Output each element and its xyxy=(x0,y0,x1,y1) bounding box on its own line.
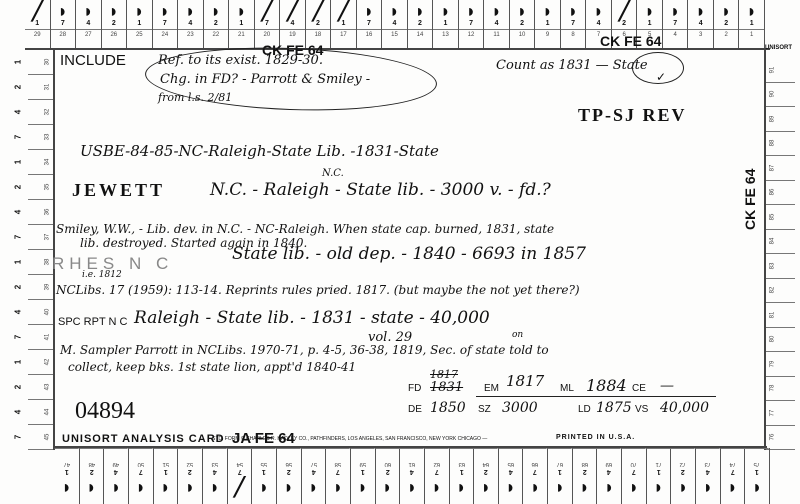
punch-cell-87: 787 xyxy=(765,156,795,181)
field-de-value: 1850 xyxy=(430,400,466,416)
punch-cell-56: ◗256 xyxy=(277,448,302,504)
field-em-label: EM xyxy=(484,383,499,394)
punch-cell-66: ◗766 xyxy=(523,448,548,504)
punch-code: 7 xyxy=(14,235,23,239)
punch-code: 7 xyxy=(14,435,23,439)
punch-cell-37: 737 xyxy=(28,225,53,250)
right-punch-strip: 7914902891887874862851847834822811807794… xyxy=(765,58,795,450)
punch-number: 79 xyxy=(769,360,775,367)
hole-icon: ◗ xyxy=(283,478,294,496)
punch-number: 66 xyxy=(523,448,547,467)
punch-code: 1 xyxy=(351,468,375,475)
punch-code: 4 xyxy=(400,468,424,475)
hole-icon: ◗ xyxy=(407,478,418,496)
hole-icon: ◗ xyxy=(111,478,122,496)
punch-number: 45 xyxy=(45,434,51,441)
left-border xyxy=(53,50,55,450)
punch-cell-49: ◗449 xyxy=(104,448,129,504)
punch-cell-78: 478 xyxy=(765,377,795,402)
punch-cell-79: 779 xyxy=(765,352,795,377)
punch-number: 54 xyxy=(228,448,252,467)
hole-icon: ◗ xyxy=(86,478,97,496)
hole-icon: ◗ xyxy=(135,478,146,496)
punch-code: 4 xyxy=(14,410,23,414)
punch-number: 38 xyxy=(45,259,51,266)
punch-number: 52 xyxy=(178,448,202,467)
punch-number: 48 xyxy=(80,448,104,467)
punch-code: 4 xyxy=(499,468,523,475)
notch-icon: ╱ xyxy=(287,2,298,20)
punch-number: 56 xyxy=(277,448,301,467)
field-ml-value: 1884 xyxy=(586,376,627,395)
smiley-line-1: Smiley, W.W., - Lib. dev. in N.C. - NC-R… xyxy=(56,222,554,236)
hole-icon: ◗ xyxy=(542,2,553,20)
hole-icon: ◗ xyxy=(440,2,451,20)
punch-code: 7 xyxy=(153,20,178,27)
punch-cell-90: 490 xyxy=(765,83,795,108)
punch-number: 83 xyxy=(769,262,775,269)
punch-cell-2: ◗22 xyxy=(714,0,740,50)
punch-number: 53 xyxy=(203,448,227,467)
punch-number: 69 xyxy=(597,448,621,467)
maker-line: STD. FORM © CHARLES R. HADLEY CO., PATHF… xyxy=(212,436,502,442)
punch-code: 2 xyxy=(306,20,331,27)
field-ld-value: 1875 xyxy=(596,400,632,416)
punch-cell-8: ◗78 xyxy=(561,0,587,50)
hole-icon: ◗ xyxy=(727,478,738,496)
punch-code: 7 xyxy=(14,335,23,339)
punch-code: 7 xyxy=(51,20,76,27)
hole-icon: ◗ xyxy=(517,2,528,20)
punch-cell-11: ◗411 xyxy=(484,0,510,50)
punch-number: 31 xyxy=(45,84,51,91)
field-ce-value: — xyxy=(660,378,674,394)
ncl-line: NCLibs. 17 (1959): 113-14. Reprints rule… xyxy=(56,283,580,297)
punch-cell-42: 142 xyxy=(28,350,53,375)
punch-cell-83: 783 xyxy=(765,254,795,279)
punch-code: 1 xyxy=(331,20,356,27)
punch-cell-40: 440 xyxy=(28,300,53,325)
punch-code: 7 xyxy=(326,468,350,475)
punch-number: 49 xyxy=(104,448,128,467)
punch-cell-25: ◗125 xyxy=(127,0,153,50)
jewett-line: N.C. - Raleigh - State lib. - 3000 v. - … xyxy=(210,180,551,200)
punch-number: 58 xyxy=(326,448,350,467)
hole-icon: ◗ xyxy=(236,2,247,20)
punch-cell-53: ◗453 xyxy=(203,448,228,504)
sampler-line-1: M. Sampler Parrott in NCLibs. 1970-71, p… xyxy=(60,343,549,357)
punch-code: 2 xyxy=(376,468,400,475)
punch-cell-50: ◗750 xyxy=(129,448,154,504)
punch-code: 7 xyxy=(561,20,586,27)
hole-icon: ◗ xyxy=(530,478,541,496)
punch-number: 64 xyxy=(474,448,498,467)
punch-number: 70 xyxy=(622,448,646,467)
punch-number: 81 xyxy=(769,311,775,318)
jewett-label: JEWETT xyxy=(72,180,165,201)
punch-cell-70: ◗770 xyxy=(622,448,647,504)
unisort-brand: UNISORT xyxy=(765,45,792,51)
punch-number: 88 xyxy=(769,140,775,147)
notch-icon: ╱ xyxy=(234,478,245,496)
punch-code: 2 xyxy=(474,468,498,475)
punch-number: 76 xyxy=(769,434,775,441)
punch-code: 7 xyxy=(523,468,547,475)
hole-icon: ◗ xyxy=(505,478,516,496)
hole-icon: ◗ xyxy=(604,478,615,496)
punch-number: 82 xyxy=(769,287,775,294)
notch-icon: ╱ xyxy=(261,2,272,20)
hole-icon: ◗ xyxy=(134,2,145,20)
punch-number: 41 xyxy=(45,334,51,341)
hole-icon: ◗ xyxy=(357,478,368,496)
punch-cell-4: ◗74 xyxy=(663,0,689,50)
field-ce-label: CE xyxy=(632,383,646,394)
punch-code: 2 xyxy=(80,468,104,475)
punch-cell-64: ◗264 xyxy=(474,448,499,504)
left-punch-strip: 1302314327331342354367371382394407411422… xyxy=(28,50,53,450)
punch-number: 50 xyxy=(129,448,153,467)
punch-cell-51: ◗151 xyxy=(154,448,179,504)
hole-icon: ◗ xyxy=(389,2,400,20)
hole-icon: ◗ xyxy=(108,2,119,20)
punch-cell-81: 281 xyxy=(765,303,795,328)
usbe-line: USBE-84-85-NC-Raleigh-State Lib. -1831-S… xyxy=(80,142,439,160)
punch-code: 4 xyxy=(14,310,23,314)
sampler-superscript: on xyxy=(512,330,523,340)
punch-cell-39: 239 xyxy=(28,275,53,300)
hole-icon: ◗ xyxy=(568,2,579,20)
punch-cell-71: ◗171 xyxy=(647,448,672,504)
punch-cell-45: 745 xyxy=(28,425,53,450)
boxed-note-line-2: Chg. in FD? - Parrott & Smiley - xyxy=(160,72,370,87)
check-mark-icon: ✓ xyxy=(656,70,666,84)
punch-number: 33 xyxy=(45,134,51,141)
punch-number: 65 xyxy=(499,448,523,467)
field-vs-label: VS xyxy=(635,404,648,415)
rhes-line: State lib. - old dep. - 1840 - 6693 in 1… xyxy=(232,244,586,264)
punch-cell-80: 180 xyxy=(765,328,795,353)
punch-cell-59: ◗159 xyxy=(351,448,376,504)
punch-number: 91 xyxy=(769,66,775,73)
punch-code: 2 xyxy=(612,20,637,27)
punch-code: 1 xyxy=(739,20,764,27)
punch-code: 1 xyxy=(14,260,23,264)
hole-icon: ◗ xyxy=(491,2,502,20)
punch-cell-16: ◗716 xyxy=(357,0,383,50)
punch-code: 4 xyxy=(104,468,128,475)
hole-icon: ◗ xyxy=(210,2,221,20)
punch-code: 1 xyxy=(433,20,458,27)
field-ml-label: ML xyxy=(560,383,574,394)
punch-code: 1 xyxy=(154,468,178,475)
punch-cell-62: ◗762 xyxy=(425,448,450,504)
punch-number: 60 xyxy=(376,448,400,467)
punch-code: 4 xyxy=(382,20,407,27)
punch-cell-24: ◗724 xyxy=(153,0,179,50)
punch-cell-21: ◗121 xyxy=(229,0,255,50)
punch-number: 40 xyxy=(45,309,51,316)
punch-cell-82: 482 xyxy=(765,279,795,304)
hole-icon: ◗ xyxy=(57,2,68,20)
card-type-label: UNISORT ANALYSIS CARD xyxy=(62,433,225,445)
punch-number: 44 xyxy=(45,409,51,416)
punch-cell-43: 243 xyxy=(28,375,53,400)
punch-number: 74 xyxy=(721,448,745,467)
field-ld-label: LD xyxy=(578,404,591,415)
count-note: Count as 1831 — State xyxy=(496,58,648,73)
hole-icon: ◗ xyxy=(431,478,442,496)
hole-icon: ◗ xyxy=(466,2,477,20)
punch-cell-26: ◗226 xyxy=(102,0,128,50)
punch-number: 30 xyxy=(45,59,51,66)
punch-code: 4 xyxy=(14,110,23,114)
punch-number: 37 xyxy=(45,234,51,241)
punch-cell-91: 791 xyxy=(765,58,795,83)
ncl-superscript: i.e. 1812 xyxy=(82,270,122,280)
notch-icon: ╱ xyxy=(313,2,324,20)
punch-code: 2 xyxy=(671,468,695,475)
punch-cell-68: ◗268 xyxy=(573,448,598,504)
hole-icon: ◗ xyxy=(209,478,220,496)
punch-code: 1 xyxy=(229,20,254,27)
punch-code: 4 xyxy=(280,20,305,27)
punch-cell-44: 444 xyxy=(28,400,53,425)
punch-number: 86 xyxy=(769,189,775,196)
field-sz-label: SZ xyxy=(478,404,491,415)
field-em-value: 1817 xyxy=(506,372,544,390)
punch-cell-32: 432 xyxy=(28,100,53,125)
punch-cell-13: ◗113 xyxy=(433,0,459,50)
punch-cell-30: 130 xyxy=(28,50,53,75)
hole-icon: ◗ xyxy=(415,2,426,20)
punch-number: 36 xyxy=(45,209,51,216)
punch-number: 35 xyxy=(45,184,51,191)
hole-icon: ◗ xyxy=(364,2,375,20)
punch-code: 2 xyxy=(14,85,23,89)
punch-code: 7 xyxy=(721,468,745,475)
punch-number: 34 xyxy=(45,159,51,166)
punch-number: 72 xyxy=(671,448,695,467)
stamp-ck-top-right: CK FE 64 xyxy=(600,33,661,49)
punch-cell-33: 733 xyxy=(28,125,53,150)
notch-icon: ╱ xyxy=(338,2,349,20)
boxed-note-line-3: from l.s. 2/81 xyxy=(158,91,232,104)
hole-icon: ◗ xyxy=(185,2,196,20)
punch-code: 7 xyxy=(228,468,252,475)
hole-icon: ◗ xyxy=(185,478,196,496)
hole-icon: ◗ xyxy=(746,2,757,20)
punch-code: 2 xyxy=(14,185,23,189)
bottom-punch-strip: ◗147◗248◗449◗750◗151◗252◗453╱754◗155◗256… xyxy=(55,448,770,504)
punch-code: 4 xyxy=(696,468,720,475)
punch-number: 42 xyxy=(45,359,51,366)
punch-code: 1 xyxy=(450,468,474,475)
punch-number: 87 xyxy=(769,164,775,171)
stamp-ck-vertical: CK FE 64 xyxy=(742,169,758,230)
punch-cell-77: 277 xyxy=(765,401,795,426)
include-label: INCLUDE xyxy=(60,52,126,69)
punch-cell-63: ◗163 xyxy=(450,448,475,504)
punch-code: 2 xyxy=(204,20,229,27)
punch-cell-3: ◗43 xyxy=(688,0,714,50)
punch-number: 68 xyxy=(573,448,597,467)
punch-cell-9: ◗19 xyxy=(535,0,561,50)
punch-number: 61 xyxy=(400,448,424,467)
punch-number: 62 xyxy=(425,448,449,467)
punch-code: 2 xyxy=(102,20,127,27)
hole-icon: ◗ xyxy=(382,478,393,496)
punch-code: 7 xyxy=(459,20,484,27)
punch-cell-55: ◗155 xyxy=(252,448,277,504)
punch-number: 89 xyxy=(769,115,775,122)
punch-cell-28: ◗728 xyxy=(51,0,77,50)
punch-cell-61: ◗461 xyxy=(400,448,425,504)
tp-sj-rev-label: TP-SJ REV xyxy=(578,105,687,126)
punch-code: 2 xyxy=(178,468,202,475)
notch-icon: ╱ xyxy=(619,2,630,20)
hole-icon: ◗ xyxy=(721,2,732,20)
punch-code: 4 xyxy=(484,20,509,27)
punch-cell-15: ◗415 xyxy=(382,0,408,50)
fields-divider xyxy=(476,396,716,397)
sampler-line-2: collect, keep bks. 1st state lion, appt'… xyxy=(68,360,356,374)
boxed-note-line-1: Ref. to its exist. 1829-30. xyxy=(158,53,323,68)
punch-cell-89: 289 xyxy=(765,107,795,132)
field-sz-value: 3000 xyxy=(502,400,538,416)
punch-code: 4 xyxy=(688,20,713,27)
hole-icon: ◗ xyxy=(579,478,590,496)
punch-cell-57: ◗457 xyxy=(302,448,327,504)
nc-superscript: N.C. xyxy=(322,168,344,179)
hole-icon: ◗ xyxy=(308,478,319,496)
punch-cell-27: ◗427 xyxy=(76,0,102,50)
punch-cell-54: ╱754 xyxy=(228,448,253,504)
punch-number: 51 xyxy=(154,448,178,467)
punch-code: 4 xyxy=(586,20,611,27)
punch-code: 4 xyxy=(597,468,621,475)
punch-cell-17: ╱117 xyxy=(331,0,357,50)
punch-code: 7 xyxy=(663,20,688,27)
punch-cell-14: ◗214 xyxy=(408,0,434,50)
punch-code: 1 xyxy=(14,160,23,164)
punch-code: 1 xyxy=(127,20,152,27)
hole-icon: ◗ xyxy=(644,2,655,20)
punch-code: 4 xyxy=(203,468,227,475)
hole-icon: ◗ xyxy=(160,478,171,496)
punch-number: 75 xyxy=(745,448,769,467)
punch-number: 43 xyxy=(45,384,51,391)
punch-code: 7 xyxy=(622,468,646,475)
punch-code: 2 xyxy=(14,385,23,389)
punch-code: 2 xyxy=(714,20,739,27)
punch-cell-34: 134 xyxy=(28,150,53,175)
punch-number: 71 xyxy=(647,448,671,467)
hole-icon: ◗ xyxy=(481,478,492,496)
punch-cell-23: ◗423 xyxy=(178,0,204,50)
hole-icon: ◗ xyxy=(333,478,344,496)
punch-number: 84 xyxy=(769,238,775,245)
punch-cell-86: 486 xyxy=(765,181,795,206)
field-vs-value: 40,000 xyxy=(660,400,709,416)
printed-label: PRINTED IN U.S.A. xyxy=(556,434,635,441)
punch-code: 1 xyxy=(252,468,276,475)
punch-cell-75: ◗175 xyxy=(745,448,770,504)
punch-cell-1: ◗11 xyxy=(739,0,765,50)
right-border xyxy=(764,50,766,450)
punch-cell-67: ◗167 xyxy=(548,448,573,504)
spc-rpt-label: SPC RPT N C xyxy=(58,316,127,328)
punch-number: 67 xyxy=(548,448,572,467)
punch-cell-85: 285 xyxy=(765,205,795,230)
punch-code: 1 xyxy=(637,20,662,27)
punch-cell-73: ◗473 xyxy=(696,448,721,504)
punch-code: 1 xyxy=(647,468,671,475)
punch-cell-35: 235 xyxy=(28,175,53,200)
punch-cell-76: 176 xyxy=(765,426,795,451)
punch-code: 2 xyxy=(277,468,301,475)
punch-cell-69: ◗469 xyxy=(597,448,622,504)
punch-code: 1 xyxy=(14,360,23,364)
hole-icon: ◗ xyxy=(61,478,72,496)
punch-number: 57 xyxy=(302,448,326,467)
punch-number: 47 xyxy=(55,448,79,467)
punch-cell-22: ◗222 xyxy=(204,0,230,50)
punch-code: 7 xyxy=(14,135,23,139)
hole-icon: ◗ xyxy=(555,478,566,496)
hole-icon: ◗ xyxy=(670,2,681,20)
punch-number: 32 xyxy=(45,109,51,116)
hole-icon: ◗ xyxy=(628,478,639,496)
punch-code: 7 xyxy=(357,20,382,27)
punch-cell-47: ◗147 xyxy=(55,448,80,504)
punch-code: 4 xyxy=(178,20,203,27)
hole-icon: ◗ xyxy=(83,2,94,20)
field-de-label: DE xyxy=(408,404,422,415)
punch-number: 78 xyxy=(769,385,775,392)
hole-icon: ◗ xyxy=(702,478,713,496)
punch-cell-29: ╱129 xyxy=(25,0,51,50)
punch-cell-84: 184 xyxy=(765,230,795,255)
punch-code: 7 xyxy=(425,468,449,475)
punch-cell-88: 188 xyxy=(765,132,795,157)
punch-number: 59 xyxy=(351,448,375,467)
punch-number: 85 xyxy=(769,213,775,220)
punch-cell-48: ◗248 xyxy=(80,448,105,504)
punch-code: 1 xyxy=(55,468,79,475)
analysis-card: ╱129◗728◗427◗226◗125◗724◗423◗222◗121╱720… xyxy=(0,0,800,504)
punch-cell-72: ◗272 xyxy=(671,448,696,504)
punch-code: 1 xyxy=(14,60,23,64)
punch-cell-10: ◗210 xyxy=(510,0,536,50)
punch-cell-60: ◗260 xyxy=(376,448,401,504)
punch-number: 80 xyxy=(769,336,775,343)
punch-cell-41: 741 xyxy=(28,325,53,350)
punch-number: 90 xyxy=(769,91,775,98)
punch-cell-65: ◗465 xyxy=(499,448,524,504)
punch-code: 4 xyxy=(302,468,326,475)
punch-cell-38: 138 xyxy=(28,250,53,275)
punch-code: 1 xyxy=(535,20,560,27)
hole-icon: ◗ xyxy=(259,478,270,496)
spc-line: Raleigh - State lib. - 1831 - state - 40… xyxy=(134,308,490,328)
punch-code: 1 xyxy=(745,468,769,475)
punch-code: 2 xyxy=(408,20,433,27)
hole-icon: ◗ xyxy=(593,2,604,20)
punch-number: 55 xyxy=(252,448,276,467)
punch-cell-52: ◗252 xyxy=(178,448,203,504)
punch-code: 1 xyxy=(25,20,50,27)
